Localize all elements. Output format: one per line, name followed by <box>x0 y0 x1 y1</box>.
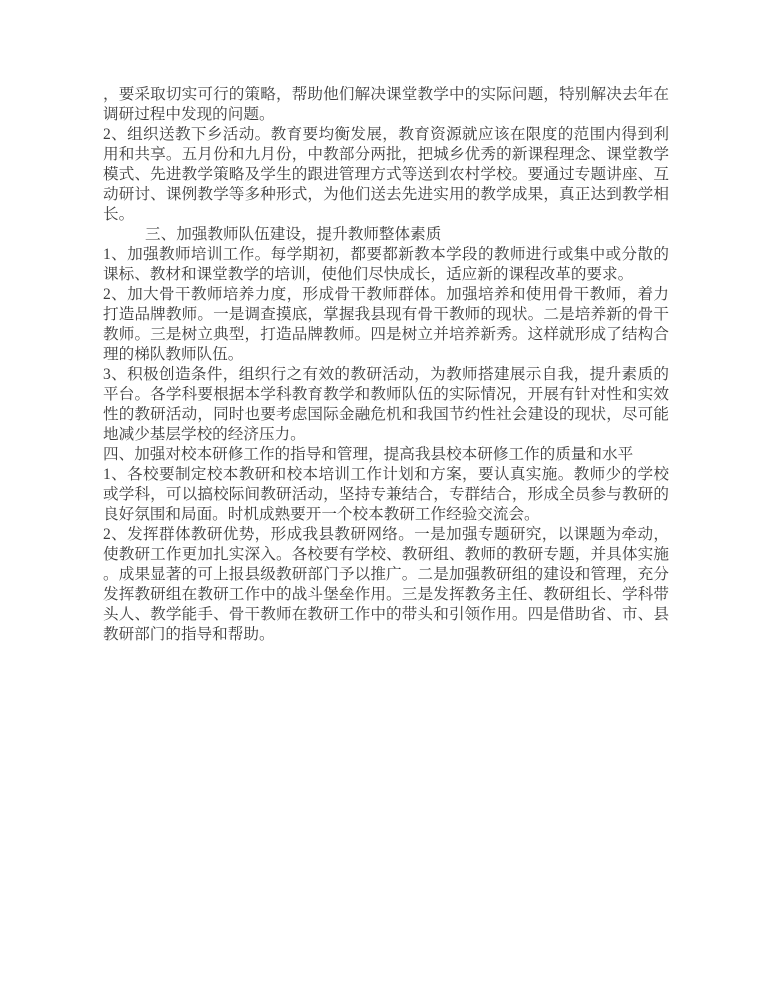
document-page: ，要采取切实可行的策略，帮助他们解决课堂教学中的实际问题，特别解决去年在调研过程… <box>0 0 770 1000</box>
paragraph-item-3-research-activities: 3、积极创造条件，组织行之有效的教研活动，为教师搭建展示自我，提升素质的平台。各… <box>103 365 669 445</box>
section-heading-four: 四、加强对校本研修工作的指导和管理，提高我县校本研修工作的质量和水平 <box>103 445 669 465</box>
paragraph-item-1-school-based-plan: 1、各校要制定校本教研和校本培训工作计划和方案，要认真实施。教师少的学校或学科，… <box>103 465 669 525</box>
paragraph-item-2-research-network: 2、发挥群体教研优势，形成我县教研网络。一是加强专题研究，以课题为牵动，使教研工… <box>103 525 669 645</box>
document-body: ，要采取切实可行的策略，帮助他们解决课堂教学中的实际问题，特别解决去年在调研过程… <box>103 85 669 645</box>
paragraph-item-1-training: 1、加强教师培训工作。每学期初，都要都新教本学段的教师进行或集中或分散的课标、教… <box>103 245 669 285</box>
paragraph-continuation: ，要采取切实可行的策略，帮助他们解决课堂教学中的实际问题，特别解决去年在调研过程… <box>103 85 669 125</box>
paragraph-item-2-songjiao: 2、组织送教下乡活动。教育要均衡发展，教育资源就应该在限度的范围内得到利用和共享… <box>103 125 669 225</box>
section-heading-three: 三、加强教师队伍建设，提升教师整体素质 <box>103 225 669 245</box>
paragraph-item-2-backbone-teachers: 2、加大骨干教师培养力度，形成骨干教师群体。加强培养和使用骨干教师，着力打造品牌… <box>103 285 669 365</box>
